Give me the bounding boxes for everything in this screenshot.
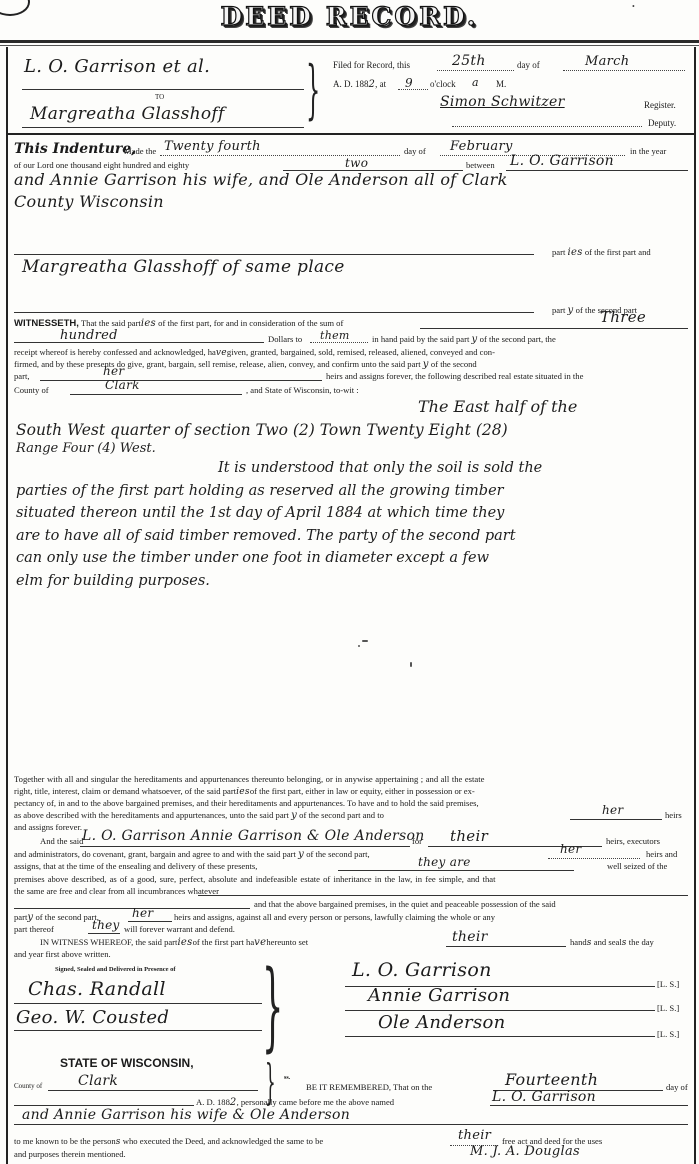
- part-suffix: ies: [141, 318, 156, 329]
- testimonium-their: their: [452, 929, 488, 945]
- ack-their: their: [458, 1128, 491, 1143]
- habendum-text: of the second part,: [306, 849, 369, 859]
- of-first-part-and: of the first part and: [585, 247, 651, 257]
- indenture-month: February: [450, 139, 513, 154]
- seal-label: and seal: [594, 937, 622, 947]
- heirs-line: [40, 380, 322, 381]
- meridiem: a: [472, 76, 479, 89]
- hand-label: hand: [570, 937, 587, 947]
- ack-state: STATE OF WISCONSIN,: [60, 1056, 194, 1070]
- document-title: DEED RECORD.: [0, 2, 699, 31]
- witnesseth-text: receipt whereof is hereby confessed and …: [14, 347, 216, 357]
- witnesseth-text: of the first part, for and in considerat…: [158, 318, 343, 328]
- county-value: Clark: [105, 378, 140, 392]
- habendum-line10: the same are free and clear from all inc…: [14, 886, 219, 896]
- habendum-line2: right, title, interest, claim or demand …: [14, 786, 475, 797]
- habendum-text: as above described with the hereditament…: [14, 810, 289, 820]
- witness-signature-1: Chas. Randall: [28, 978, 166, 1000]
- grantor-signature-1: L. O. Garrison: [352, 959, 492, 981]
- habendum-text: of the first part, either in law or equi…: [250, 786, 475, 796]
- filed-label: Filed for Record, this: [333, 60, 410, 70]
- witness-brace: }: [262, 958, 283, 1054]
- ink-speck: [410, 662, 412, 667]
- description-line: situated thereon until the 1st day of Ap…: [12, 502, 688, 525]
- testimonium-line1: IN WITNESS WHEREOF, the said partiesof t…: [40, 937, 308, 948]
- witnesseth-text: of the second part, the: [480, 334, 556, 344]
- habendum-text: of the second part,: [35, 912, 98, 922]
- filed-month-line: [563, 70, 685, 71]
- header-rule-thin: [0, 45, 699, 46]
- indenture-heading: This Indenture,: [14, 141, 136, 157]
- part-suffix: y: [291, 810, 297, 821]
- ad-label: A. D. 1882, at: [333, 79, 386, 90]
- part-suffix: y: [472, 334, 478, 345]
- ack-remembered: BE IT REMEMBERED, That on the: [306, 1082, 432, 1092]
- ack-day-of: day of: [666, 1082, 688, 1092]
- ack-persons-line2-rule: [14, 1124, 688, 1125]
- habendum-line4: as above described with the hereditament…: [14, 810, 384, 821]
- description-line: are to have all of said timber removed. …: [12, 525, 688, 548]
- witnesseth-line4: firmed, and by these presents do give, g…: [14, 359, 477, 370]
- testimonium-line2: and year first above written.: [14, 949, 111, 959]
- description-line: parties of the first part holding as res…: [12, 480, 688, 503]
- section-rule: [8, 133, 694, 135]
- description-line: It is understood that only the soil is s…: [12, 457, 688, 480]
- heirs-and-label: heirs and: [646, 849, 677, 859]
- second-part-line: [14, 312, 534, 313]
- ack-known-text: to me known to be the person: [14, 1136, 116, 1146]
- ack-known-text: who executed the Deed, and acknowledged …: [123, 1136, 323, 1146]
- grantor-signature-3: Ole Anderson: [378, 1012, 506, 1033]
- first-parties-line3: County Wisconsin: [14, 192, 164, 211]
- property-description: The East half of the South West quarter …: [12, 396, 688, 592]
- witnesseth-text: That the said part: [81, 318, 141, 328]
- habendum-text: right, title, interest, claim or demand …: [14, 786, 236, 796]
- testimonium-text: hereunto set: [266, 937, 308, 947]
- part-suffix: y: [298, 849, 304, 860]
- part-first-label: part ies of the first part and: [552, 247, 651, 258]
- ack-purposes: and purposes therein mentioned.: [14, 1149, 126, 1159]
- well-seized-label: well seized of the: [607, 861, 667, 871]
- deputy-line: [452, 126, 642, 127]
- covenant-heirs-of: her: [560, 842, 581, 856]
- filed-day: 25th: [452, 53, 486, 69]
- county-label: County of: [14, 385, 49, 395]
- dollars-to: them: [320, 329, 350, 342]
- habendum-line3: pectancy of, in and to the above bargain…: [14, 798, 479, 808]
- description-line: The East half of the: [12, 396, 688, 419]
- made-the-label: Made the: [124, 146, 156, 156]
- witness-signature-2: Geo. W. Cousted: [16, 1007, 169, 1028]
- habendum-line12c: heirs and assigns, against all and every…: [174, 912, 495, 922]
- covenantors: L. O. Garrison Annie Garrison & Ole Ande…: [82, 828, 425, 844]
- ack-persons-line2: and Annie Garrison his wife & Ole Anders…: [22, 1107, 350, 1123]
- part-suffix: ies: [177, 937, 192, 948]
- have-suffix: ve: [216, 348, 227, 358]
- register-signature: Simon Schwitzer: [440, 94, 565, 110]
- header-rule: [0, 40, 699, 43]
- warrant-heirs-line: [128, 921, 172, 922]
- deputy-label: Deputy.: [648, 118, 676, 128]
- ack-county-line: [48, 1090, 258, 1091]
- witnesseth-line5: heirs and assigns forever, the following…: [326, 371, 583, 381]
- heirs-of: her: [103, 364, 124, 378]
- covenant-heirs-line: [548, 858, 640, 859]
- habendum-line12: party of the second part,: [14, 912, 99, 923]
- ack-day: Fourteenth: [505, 1070, 598, 1089]
- witnesseth-line2b: in hand paid by the said part y of the s…: [372, 334, 556, 345]
- filed-day-line: [437, 70, 514, 71]
- witness-line-2: [14, 1030, 262, 1031]
- habendum-line8: assigns, that at the time of the enseali…: [14, 861, 257, 871]
- for-whom: their: [450, 827, 488, 845]
- warrant-heirs-of: her: [132, 906, 153, 920]
- warrant-defend: will forever warrant and defend.: [124, 924, 235, 934]
- presence-label: Signed, Sealed and Delivered in Presence…: [55, 966, 176, 973]
- to-label: TO: [155, 93, 164, 101]
- testimonium-text: of the first part ha: [193, 937, 255, 947]
- deed-record-page: DEED RECORD. L. O. Garrison et al. TO Ma…: [0, 0, 699, 1164]
- seal-ls-2: [L. S.]: [657, 1003, 679, 1013]
- part-suffix: y: [568, 305, 574, 316]
- they-are: they are: [418, 855, 471, 869]
- dollars-to-line: [310, 342, 368, 343]
- second-party-name: Margreatha Glasshoff of same place: [22, 257, 345, 277]
- ad-label-text: A. D. 188: [333, 79, 369, 89]
- they-are-line: [338, 870, 574, 871]
- sum-line1-rule: [420, 328, 688, 329]
- indenture-year-word: two: [345, 156, 368, 170]
- grantee-line: [22, 127, 304, 128]
- dollars-to-label: Dollars to: [268, 334, 302, 344]
- indenture-day-of-label: day of: [404, 146, 426, 156]
- part-suffix: ies: [568, 247, 583, 258]
- description-line: Range Four (4) West.: [12, 441, 688, 457]
- first-part-line: [14, 254, 534, 255]
- hour-line: [398, 89, 428, 90]
- covenant-heirs-executors: heirs, executors: [606, 836, 660, 846]
- grantor-name: L. O. Garrison et al.: [24, 56, 210, 77]
- covenant-intro: And the said: [40, 836, 83, 846]
- ack-known-suffix: s: [116, 1137, 121, 1147]
- header-brace: }: [306, 58, 320, 122]
- m-label: M.: [496, 79, 506, 89]
- witnesseth-text: in hand paid by the said part: [372, 334, 469, 344]
- ack-ss: ss.: [284, 1075, 290, 1081]
- ack-known: to me known to be the persons who execut…: [14, 1136, 323, 1147]
- indenture-day: Twenty fourth: [164, 139, 261, 154]
- part-suffix: ies: [236, 787, 250, 797]
- seal-suffix: s: [622, 938, 627, 948]
- covenantors-line: [80, 846, 410, 847]
- testimonium-text: the day: [629, 937, 654, 947]
- witnesseth-part-label: part,: [14, 371, 30, 381]
- grantee-name: Margreatha Glasshoff: [30, 104, 225, 124]
- habendum-line1: Together with all and singular the hered…: [14, 774, 484, 784]
- hand-seal-label: hands and seals the day: [570, 937, 654, 948]
- grantor-sig-line-3: [345, 1036, 655, 1037]
- witnesseth-line3: receipt whereof is hereby confessed and …: [14, 347, 495, 358]
- ack-persons-line1: L. O. Garrison: [492, 1089, 596, 1105]
- first-parties-line2: and Annie Garrison his wife, and Ole And…: [14, 170, 508, 189]
- filed-month: March: [585, 54, 629, 69]
- ack-county: Clark: [78, 1073, 118, 1089]
- part-label: part: [552, 247, 565, 257]
- lord-year-label: of our Lord one thousand eight hundred a…: [14, 160, 189, 170]
- ack-persons-line1-rule: [490, 1105, 688, 1106]
- state-label: , and State of Wisconsin, to-wit :: [246, 385, 359, 395]
- day-of-label: day of: [517, 60, 540, 70]
- sum-line1: Three: [600, 308, 646, 326]
- at-label: , at: [375, 79, 386, 89]
- description-line: South West quarter of section Two (2) To…: [12, 419, 688, 442]
- witnesseth-text: given, granted, bargained, sold, remised…: [227, 347, 495, 357]
- officer-signature: M. J. A. Douglas: [470, 1144, 580, 1159]
- hand-suffix: s: [587, 938, 592, 948]
- witness-line-1: [14, 1003, 262, 1004]
- grantor-line: [22, 89, 304, 90]
- seal-ls-1: [L. S.]: [657, 979, 679, 989]
- description-line: elm for building purposes.: [12, 570, 688, 593]
- habendum-text: part: [14, 912, 27, 922]
- witnesseth-text: firmed, and by these presents do give, g…: [14, 359, 421, 369]
- in-the-year-label: in the year: [630, 146, 666, 156]
- ack-county-label: County of: [14, 1082, 42, 1090]
- warrant-they: they: [92, 918, 120, 932]
- witnesseth-text: of the second: [431, 359, 477, 369]
- sum-line2-rule: [14, 342, 264, 343]
- habendum-line5: and assigns forever.: [14, 822, 82, 832]
- part-thereof-label: part thereof: [14, 924, 54, 934]
- habendum-heirs-label: heirs: [665, 810, 682, 820]
- oclock-label: o'clock: [430, 79, 456, 89]
- warrant-they-line: [88, 933, 120, 934]
- ink-speck: [358, 645, 360, 647]
- testimonium-their-line: [446, 946, 566, 947]
- part-suffix: y: [27, 912, 33, 923]
- habendum-line11: and that the above bargained premises, i…: [254, 899, 556, 909]
- first-parties-line1: L. O. Garrison: [510, 153, 614, 169]
- county-line: [70, 394, 242, 395]
- filed-hour: 9: [405, 76, 413, 90]
- part-suffix: y: [423, 359, 429, 370]
- habendum-text: and administrators, do covenant, grant, …: [14, 849, 296, 859]
- grantor-signature-2: Annie Garrison: [368, 985, 510, 1006]
- habendum-text: of the second part and to: [299, 810, 384, 820]
- corner-dot: •: [632, 2, 635, 11]
- ack-personally: , personally came before me the above na…: [237, 1097, 394, 1107]
- incumbrances-line: [198, 895, 688, 896]
- ack-month-line: [14, 1105, 194, 1106]
- ink-speck: [362, 640, 368, 642]
- habendum-line7: and administrators, do covenant, grant, …: [14, 849, 370, 860]
- habendum-heirs-of: her: [602, 803, 623, 817]
- part-label: part: [552, 305, 565, 315]
- seal-ls-3: [L. S.]: [657, 1029, 679, 1039]
- grantor-sig-line-2: [345, 1010, 655, 1011]
- for-label: for: [412, 836, 422, 846]
- between-line: [506, 170, 688, 171]
- between-label: between: [466, 160, 495, 170]
- habendum-line9: premises above described, as of a good, …: [14, 874, 496, 884]
- habendum-heirs-line: [570, 819, 662, 820]
- sum-line2: hundred: [60, 328, 118, 343]
- ack-ad-label: A. D. 188: [196, 1097, 230, 1107]
- register-label: Register.: [644, 100, 676, 110]
- description-line: can only use the timber under one foot i…: [12, 547, 688, 570]
- testimonium-text: IN WITNESS WHEREOF, the said part: [40, 937, 177, 947]
- have-suffix: ve: [254, 937, 266, 948]
